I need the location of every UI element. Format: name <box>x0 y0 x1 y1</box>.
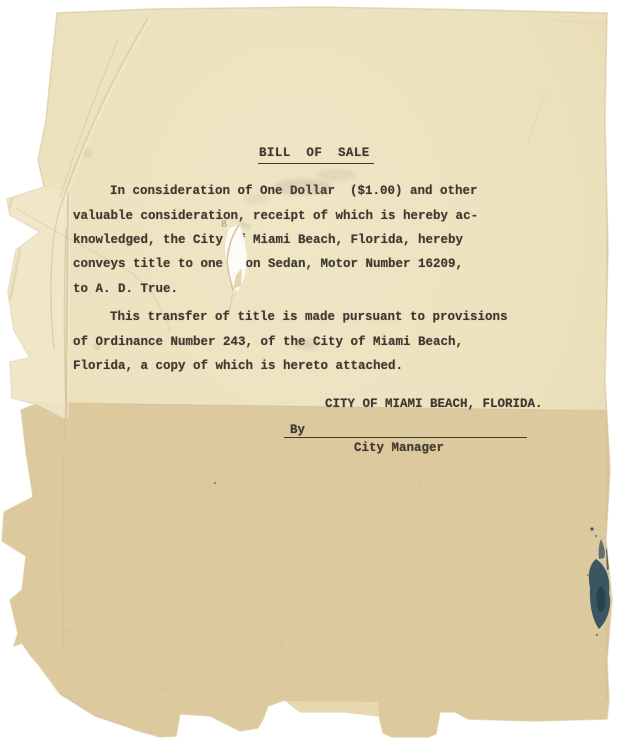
body-line-1: In consideration of One Dollar ($1.00) a… <box>110 184 478 198</box>
body-line-8: Florida, a copy of which is hereto attac… <box>73 359 403 373</box>
body-line-2: valuable consideration, receipt of which… <box>73 209 478 223</box>
body-line-7: of Ordinance Number 243, of the City of … <box>73 335 463 349</box>
body-line-4: conveys title to one Moon Sedan, Motor N… <box>73 257 463 271</box>
by-label: By <box>290 423 305 437</box>
body-line-6: This transfer of title is made pursuant … <box>110 310 508 324</box>
body-line-5: to A. D. True. <box>73 282 178 296</box>
body-line-3: knowledged, the City of Miami Beach, Flo… <box>73 233 463 247</box>
signature-line <box>284 437 527 438</box>
scanned-document: BILL OF SALE In consideration of One Dol… <box>0 0 630 741</box>
tone-band <box>0 402 630 741</box>
document-title-text: BILL OF SALE <box>258 146 374 164</box>
document-title: BILL OF SALE <box>228 132 374 174</box>
signatory-org: CITY OF MIAMI BEACH, FLORIDA. <box>325 397 543 411</box>
signer-title: City Manager <box>354 441 444 455</box>
